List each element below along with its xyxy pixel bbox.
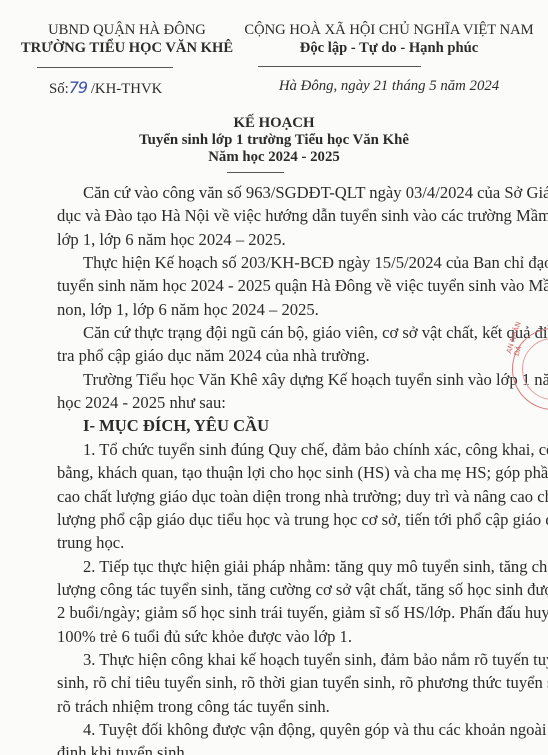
national-motto: Độc lập - Tự do - Hạnh phúc xyxy=(230,40,548,57)
paragraph-line: Trường Tiểu học Văn Khê xây dựng Kế hoạc… xyxy=(83,370,490,390)
paragraph-line: 1. Tổ chức tuyển sinh đúng Quy chế, đảm … xyxy=(83,440,490,460)
paragraph-line: sinh, rõ chỉ tiêu tuyển sinh, rõ thời gi… xyxy=(57,673,490,693)
school-year: Năm học 2024 - 2025 xyxy=(0,149,548,166)
paragraph-line: non, lớp 1, lớp 6 năm học 2024 – 2025. xyxy=(57,300,490,320)
right-header-divider xyxy=(258,66,421,67)
place-and-date: Hà Đông, ngày 21 tháng 5 năm 2024 xyxy=(230,78,548,95)
title-divider xyxy=(227,172,284,173)
school-name: TRƯỜNG TIỂU HỌC VĂN KHÊ xyxy=(0,40,254,57)
paragraph-line: Căn cứ vào công văn số 963/SGDĐT-QLT ngà… xyxy=(83,183,490,203)
section-heading: I- MỤC ĐÍCH, YÊU CẦU xyxy=(83,416,269,436)
paragraph-line: cao chất lượng giáo dục toàn diện trong … xyxy=(57,487,490,507)
document-subject: Tuyển sinh lớp 1 trường Tiểu học Văn Khê xyxy=(0,132,548,149)
paragraph-line: dục và Đào tạo Hà Nội về việc hướng dẫn … xyxy=(57,206,490,226)
paragraph-line: 100% trẻ 6 tuổi đủ sức khỏe được vào lớp… xyxy=(57,627,490,647)
nation-name: CỘNG HOÀ XÃ HỘI CHỦ NGHĨA VIỆT NAM xyxy=(230,22,548,39)
document-type: KẾ HOẠCH xyxy=(0,115,548,132)
paragraph-line: Căn cứ thực trạng đội ngũ cán bộ, giáo v… xyxy=(83,323,490,343)
paragraph-line: 2. Tiếp tục thực hiện giải pháp nhằm: tă… xyxy=(83,557,490,577)
paragraph-line: lớp 1, lớp 6 năm học 2024 – 2025. xyxy=(57,230,490,250)
paragraph-line: trung học. xyxy=(57,533,490,553)
number-prefix: Số: xyxy=(49,81,69,97)
issuing-authority: UBND QUẬN HÀ ĐÔNG xyxy=(0,22,254,39)
paragraph-line: học 2024 - 2025 như sau: xyxy=(57,393,490,413)
left-header-divider xyxy=(37,67,173,68)
paragraph-line: 4. Tuyệt đối không được vận động, quyên … xyxy=(83,720,490,740)
document-page: UBND QUẬN HÀ ĐÔNG TRƯỜNG TIỂU HỌC VĂN KH… xyxy=(0,0,548,755)
paragraph-line: bằng, khách quan, tạo thuận lợi cho học … xyxy=(57,463,490,483)
paragraph-line: 3. Thực hiện công khai kế hoạch tuyển si… xyxy=(83,650,490,670)
paragraph-line: tra phổ cập giáo dục năm 2024 của nhà tr… xyxy=(57,346,490,366)
paragraph-line: lượng công tác tuyển sinh, tăng cường cơ… xyxy=(57,580,490,600)
paragraph-line: tuyển sinh năm học 2024 - 2025 quận Hà Đ… xyxy=(57,276,490,296)
paragraph-line: lượng phổ cập giáo dục tiểu học và trung… xyxy=(57,510,490,530)
paragraph-line: 2 buổi/ngày; giảm số học sinh trái tuyến… xyxy=(57,603,490,623)
document-number: Số:79 /KH-THVK xyxy=(49,78,162,98)
paragraph-line: định khi tuyển sinh. xyxy=(57,743,490,755)
paragraph-line: rõ trách nhiệm trong công tác tuyển sinh… xyxy=(57,697,490,717)
number-suffix: /KH-THVK xyxy=(91,81,163,97)
handwritten-number: 79 xyxy=(69,78,87,97)
paragraph-line: Thực hiện Kế hoạch số 203/KH-BCĐ ngày 15… xyxy=(83,253,490,273)
